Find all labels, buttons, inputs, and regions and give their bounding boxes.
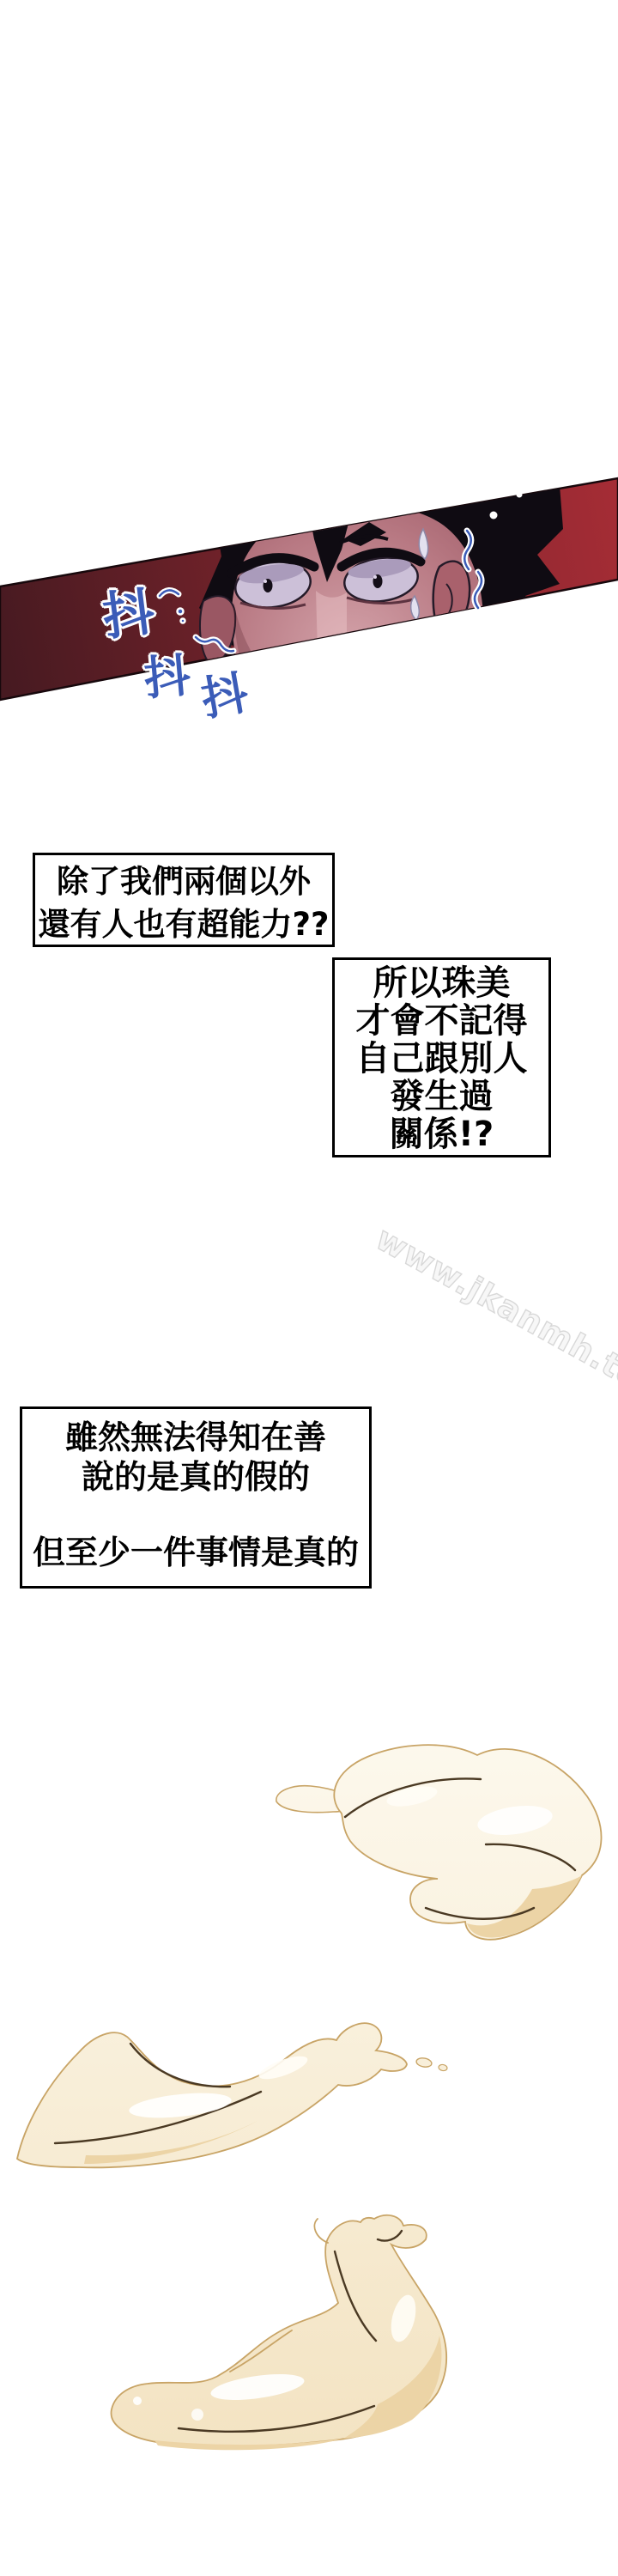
caption-box-2: 所以珠美 才會不記得 自己跟別人 發生過 關係!? [332,957,551,1157]
caption-line: 雖然無法得知在善 [22,1418,369,1457]
sfx-tremble-2: 抖 [142,653,193,703]
caption-line: 除了我們兩個以外 [35,860,332,903]
artwork-canvas [0,0,618,2576]
caption-line: 才會不記得 [335,1002,548,1040]
sfx-tremble-1: 抖 [100,586,158,644]
caption-line: 自己跟別人 [335,1040,548,1078]
diagonal-panel [0,464,618,716]
caption-line: 但至少一件事情是真的 [22,1533,369,1572]
comic-page: { "page": {"width": 720, "height": 3000,… [0,0,618,2576]
caption-line: 還有人也有超能力?? [35,903,332,946]
caption-gap [22,1497,369,1533]
ear [433,562,470,635]
caption-line: 所以珠美 [335,964,548,1002]
caption-line: 說的是真的假的 [22,1457,369,1497]
caption-line: 發生過 [335,1078,548,1115]
melted-figure-3 [112,2215,447,2450]
shocked-face-illustration [199,464,563,716]
caption-box-1: 除了我們兩個以外 還有人也有超能力?? [33,853,335,947]
caption-box-3: 雖然無法得知在善 說的是真的假的 但至少一件事情是真的 [20,1406,372,1589]
caption-line: 關係!? [335,1115,548,1153]
melted-figure-1 [276,1745,602,1940]
sfx-tremble-3: 抖 [198,670,252,724]
melted-figure-2 [17,2023,448,2167]
